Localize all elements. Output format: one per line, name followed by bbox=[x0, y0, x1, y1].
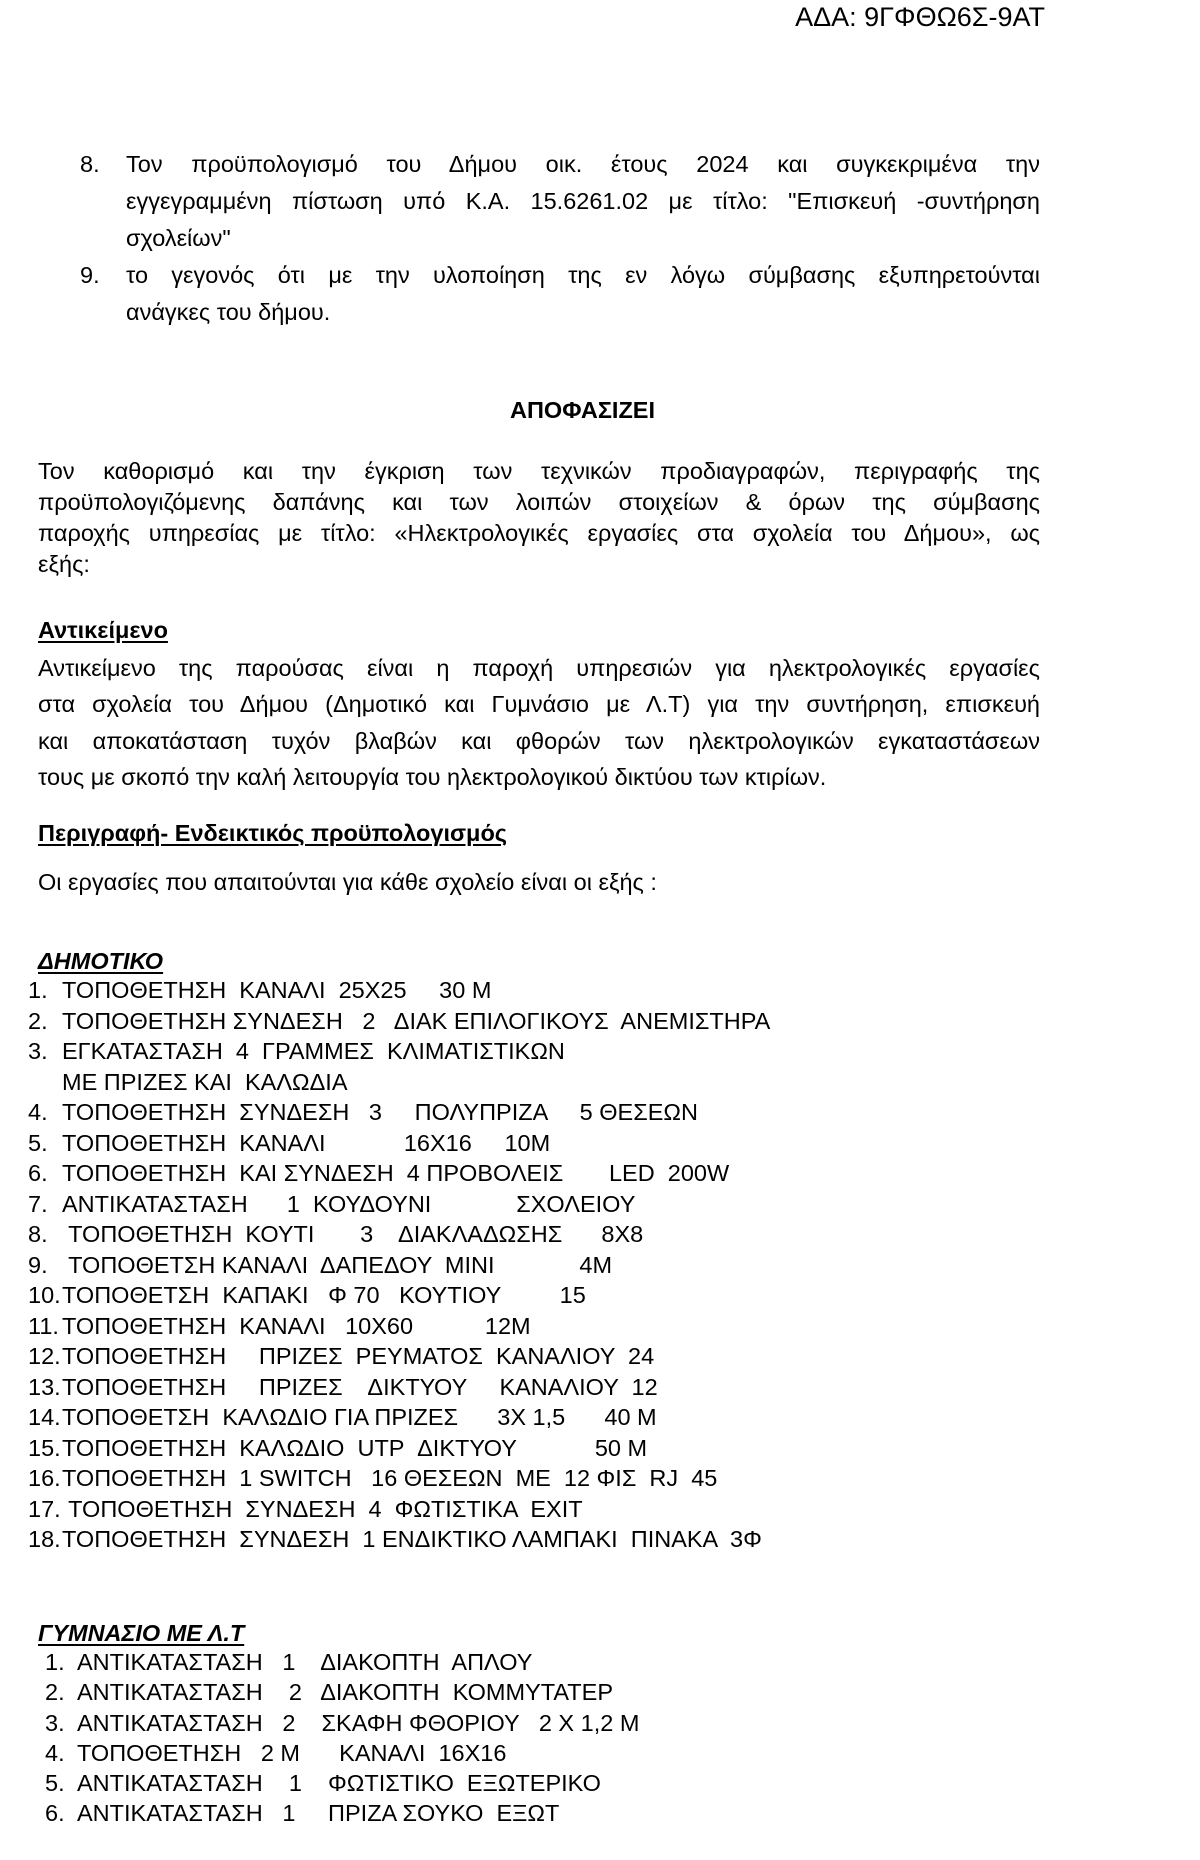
list-item-number: 14. bbox=[28, 1402, 61, 1433]
paragraph-line: και αποκατάσταση τυχόν βλαβών και φθορών… bbox=[38, 723, 1040, 759]
list-item-text: ΑΝΤΙΚΑΤΑΣΤΑΣΗ 1 ΔΙΑΚΟΠΤΗ ΑΠΛΟΥ bbox=[77, 1647, 532, 1677]
list-item-number: 18. bbox=[28, 1524, 61, 1555]
list-item-number: 15. bbox=[28, 1433, 61, 1464]
high-school-title: ΓΥΜΝΑΣΙΟ ΜΕ Λ.Τ bbox=[38, 1618, 244, 1648]
list-item-number: 17. bbox=[28, 1494, 61, 1525]
paragraph-line: παροχής υπηρεσίας με τίτλο: «Ηλεκτρολογι… bbox=[38, 518, 1040, 549]
list-item-text: ΑΝΤΙΚΑΤΑΣΤΑΣΗ 1 ΦΩΤΙΣΤΙΚΟ ΕΞΩΤΕΡΙΚΟ bbox=[77, 1768, 601, 1798]
list-item-text: ΤΟΠΟΘΕΤΗΣΗ ΠΡΙΖΕΣ ΡΕΥΜΑΤΟΣ ΚΑΝΑΛΙΟΥ 24 bbox=[62, 1341, 654, 1372]
object-paragraph: Αντικείμενο της παρούσας είναι η παροχή … bbox=[38, 650, 1040, 795]
list-item-number: 3. bbox=[45, 1708, 65, 1738]
list-item-text: ΑΝΤΙΚΑΤΑΣΤΑΣΗ 2 ΣΚΑΦΗ ΦΘΟΡΙΟΥ 2 Χ 1,2 Μ bbox=[77, 1708, 639, 1738]
list-item-number: 5. bbox=[45, 1768, 65, 1798]
list-item-number: 7. bbox=[28, 1189, 48, 1220]
list-item-text: ΤΟΠΟΘΕΤΗΣΗ ΣΥΝΔΕΣΗ 3 ΠΟΛΥΠΡΙΖΑ 5 ΘΕΣΕΩΝ bbox=[62, 1097, 698, 1128]
paragraph-line: Τον καθορισμό και την έγκριση των τεχνικ… bbox=[38, 456, 1040, 487]
list-item-number: 4. bbox=[45, 1738, 65, 1768]
document-ada-number: ΑΔΑ: 9ΓΦΘΩ6Σ-9ΑΤ bbox=[795, 0, 1045, 34]
list-item-text: ΤΟΠΟΘΕΤΗΣΗ 2 Μ ΚΑΝΑΛΙ 16Χ16 bbox=[77, 1738, 506, 1768]
primary-school-title: ΔΗΜΟΤΙΚΟ bbox=[38, 946, 163, 976]
list-item-text: ΤΟΠΟΘΕΤΣΗ ΚΑΝΑΛΙ ΔΑΠΕΔΟΥ ΜΙΝΙ 4Μ bbox=[62, 1250, 612, 1281]
list-item-number: 11. bbox=[28, 1311, 59, 1342]
consideration-line: το γεγονός ότι με την υλοποίηση της εν λ… bbox=[126, 257, 1040, 294]
list-item-number: 12. bbox=[28, 1341, 61, 1372]
paragraph-line: προϋπολογιζόμενης δαπάνης και των λοιπών… bbox=[38, 487, 1040, 518]
list-item-number: 4. bbox=[28, 1097, 48, 1128]
decision-title: ΑΠΟΦΑΣΙΖΕΙ bbox=[0, 394, 1165, 426]
consideration-item: 9. το γεγονός ότι με την υλοποίηση της ε… bbox=[80, 257, 1040, 331]
list-item-text: ΤΟΠΟΘΕΤΗΣΗ ΚΑΝΑΛΙ 25Χ25 30 Μ bbox=[62, 975, 491, 1006]
object-heading: Αντικείμενο bbox=[38, 614, 168, 646]
list-item-text: ΤΟΠΟΘΕΤΗΣΗ 1 SWITCH 16 ΘΕΣΕΩΝ ΜΕ 12 ΦΙΣ … bbox=[62, 1463, 717, 1494]
consideration-line: Τον προϋπολογισμό του Δήμου οικ. έτους 2… bbox=[126, 146, 1040, 183]
paragraph-line: στα σχολεία του Δήμου (Δημοτικό και Γυμν… bbox=[38, 686, 1040, 722]
consideration-line: ανάγκες του δήμου. bbox=[126, 294, 1040, 331]
paragraph-line: Αντικείμενο της παρούσας είναι η παροχή … bbox=[38, 650, 1040, 686]
paragraph-line: εξής: bbox=[38, 549, 1040, 580]
list-item-number: 2. bbox=[28, 1006, 48, 1037]
list-item-number: 9. bbox=[28, 1250, 48, 1281]
list-item-text: ΑΝΤΙΚΑΤΑΣΤΑΣΗ 1 ΚΟΥΔΟΥΝΙ ΣΧΟΛΕΙΟΥ bbox=[62, 1189, 635, 1220]
list-item-text: ΜΕ ΠΡΙΖΕΣ ΚΑΙ ΚΑΛΩΔΙΑ bbox=[62, 1067, 348, 1098]
list-item-text: ΑΝΤΙΚΑΤΑΣΤΑΣΗ 2 ΔΙΑΚΟΠΤΗ ΚΟΜΜΥΤΑΤΕΡ bbox=[77, 1677, 613, 1707]
list-item-text: ΤΟΠΟΘΕΤΣΗ ΚΑΛΩΔΙΟ ΓΙΑ ΠΡΙΖΕΣ 3Χ 1,5 40 Μ bbox=[62, 1402, 657, 1433]
list-item-number: 1. bbox=[28, 975, 48, 1006]
list-item-text: ΤΟΠΟΘΕΤΗΣΗ ΚΑΙ ΣΥΝΔΕΣΗ 4 ΠΡΟΒΟΛΕΙΣ LED 2… bbox=[62, 1158, 729, 1189]
consideration-line: εγγεγραμμένη πίστωση υπό Κ.Α. 15.6261.02… bbox=[126, 183, 1040, 220]
list-item-number: 8. bbox=[28, 1219, 48, 1250]
list-item-text: ΤΟΠΟΘΕΤΗΣΗ ΚΑΝΑΛΙ 16Χ16 10Μ bbox=[62, 1128, 550, 1159]
decision-paragraph: Τον καθορισμό και την έγκριση των τεχνικ… bbox=[38, 456, 1040, 580]
consideration-line: σχολείων" bbox=[126, 220, 1040, 257]
list-item-text: ΤΟΠΟΘΕΤΗΣΗ ΚΑΝΑΛΙ 10Χ60 12Μ bbox=[62, 1311, 531, 1342]
consideration-number: 8. bbox=[80, 146, 100, 183]
list-item-text: ΤΟΠΟΘΕΤΗΣΗ ΣΥΝΔΕΣΗ 1 ΕΝΔΙΚΤΙΚΟ ΛΑΜΠΑΚΙ Π… bbox=[62, 1524, 762, 1555]
list-item-number: 2. bbox=[45, 1677, 65, 1707]
description-heading: Περιγραφή- Ενδεικτικός προϋπολογισμός bbox=[38, 817, 507, 849]
list-item-number: 10. bbox=[28, 1280, 61, 1311]
list-item-number: 3. bbox=[28, 1036, 48, 1067]
list-item-number: 6. bbox=[45, 1798, 65, 1828]
consideration-number: 9. bbox=[80, 257, 100, 294]
list-item-text: ΤΟΠΟΘΕΤΗΣΗ ΚΑΛΩΔΙΟ UTP ΔΙΚΤΥΟΥ 50 Μ bbox=[62, 1433, 647, 1464]
list-item-number: 16. bbox=[28, 1463, 61, 1494]
list-item-number: 13. bbox=[28, 1372, 61, 1403]
list-item-text: ΤΟΠΟΘΕΤΗΣΗ ΣΥΝΔΕΣΗ 4 ΦΩΤΙΣΤΙΚΑ EXIT bbox=[62, 1494, 583, 1525]
list-item-number: 1. bbox=[45, 1647, 65, 1677]
list-item-text: ΤΟΠΟΘΕΤΗΣΗ ΚΟΥΤΙ 3 ΔΙΑΚΛΑΔΩΣΗΣ 8Χ8 bbox=[62, 1219, 643, 1250]
list-item-text: ΑΝΤΙΚΑΤΑΣΤΑΣΗ 1 ΠΡΙΖΑ ΣΟΥΚΟ ΕΞΩΤ bbox=[77, 1798, 559, 1828]
paragraph-line: τους με σκοπό την καλή λειτουργία του ηλ… bbox=[38, 759, 1040, 795]
considerations-list: 8. Τον προϋπολογισμό του Δήμου οικ. έτου… bbox=[80, 146, 1040, 331]
description-intro: Οι εργασίες που απαιτούνται για κάθε σχο… bbox=[38, 866, 657, 898]
list-item-text: ΤΟΠΟΘΕΤΗΣΗ ΣΥΝΔΕΣΗ 2 ΔΙΑΚ ΕΠΙΛΟΓΙΚΟΥΣ ΑΝ… bbox=[62, 1006, 770, 1037]
consideration-item: 8. Τον προϋπολογισμό του Δήμου οικ. έτου… bbox=[80, 146, 1040, 257]
list-item-text: ΕΓΚΑΤΑΣΤΑΣΗ 4 ΓΡΑΜΜΕΣ ΚΛΙΜΑΤΙΣΤΙΚΩΝ bbox=[62, 1036, 565, 1067]
list-item-text: ΤΟΠΟΘΕΤΗΣΗ ΠΡΙΖΕΣ ΔΙΚΤΥΟΥ ΚΑΝΑΛΙΟΥ 12 bbox=[62, 1372, 658, 1403]
list-item-number: 6. bbox=[28, 1158, 48, 1189]
list-item-text: ΤΟΠΟΘΕΤΣΗ ΚΑΠΑΚΙ Φ 70 ΚΟΥΤΙΟΥ 15 bbox=[62, 1280, 586, 1311]
list-item-number: 5. bbox=[28, 1128, 48, 1159]
